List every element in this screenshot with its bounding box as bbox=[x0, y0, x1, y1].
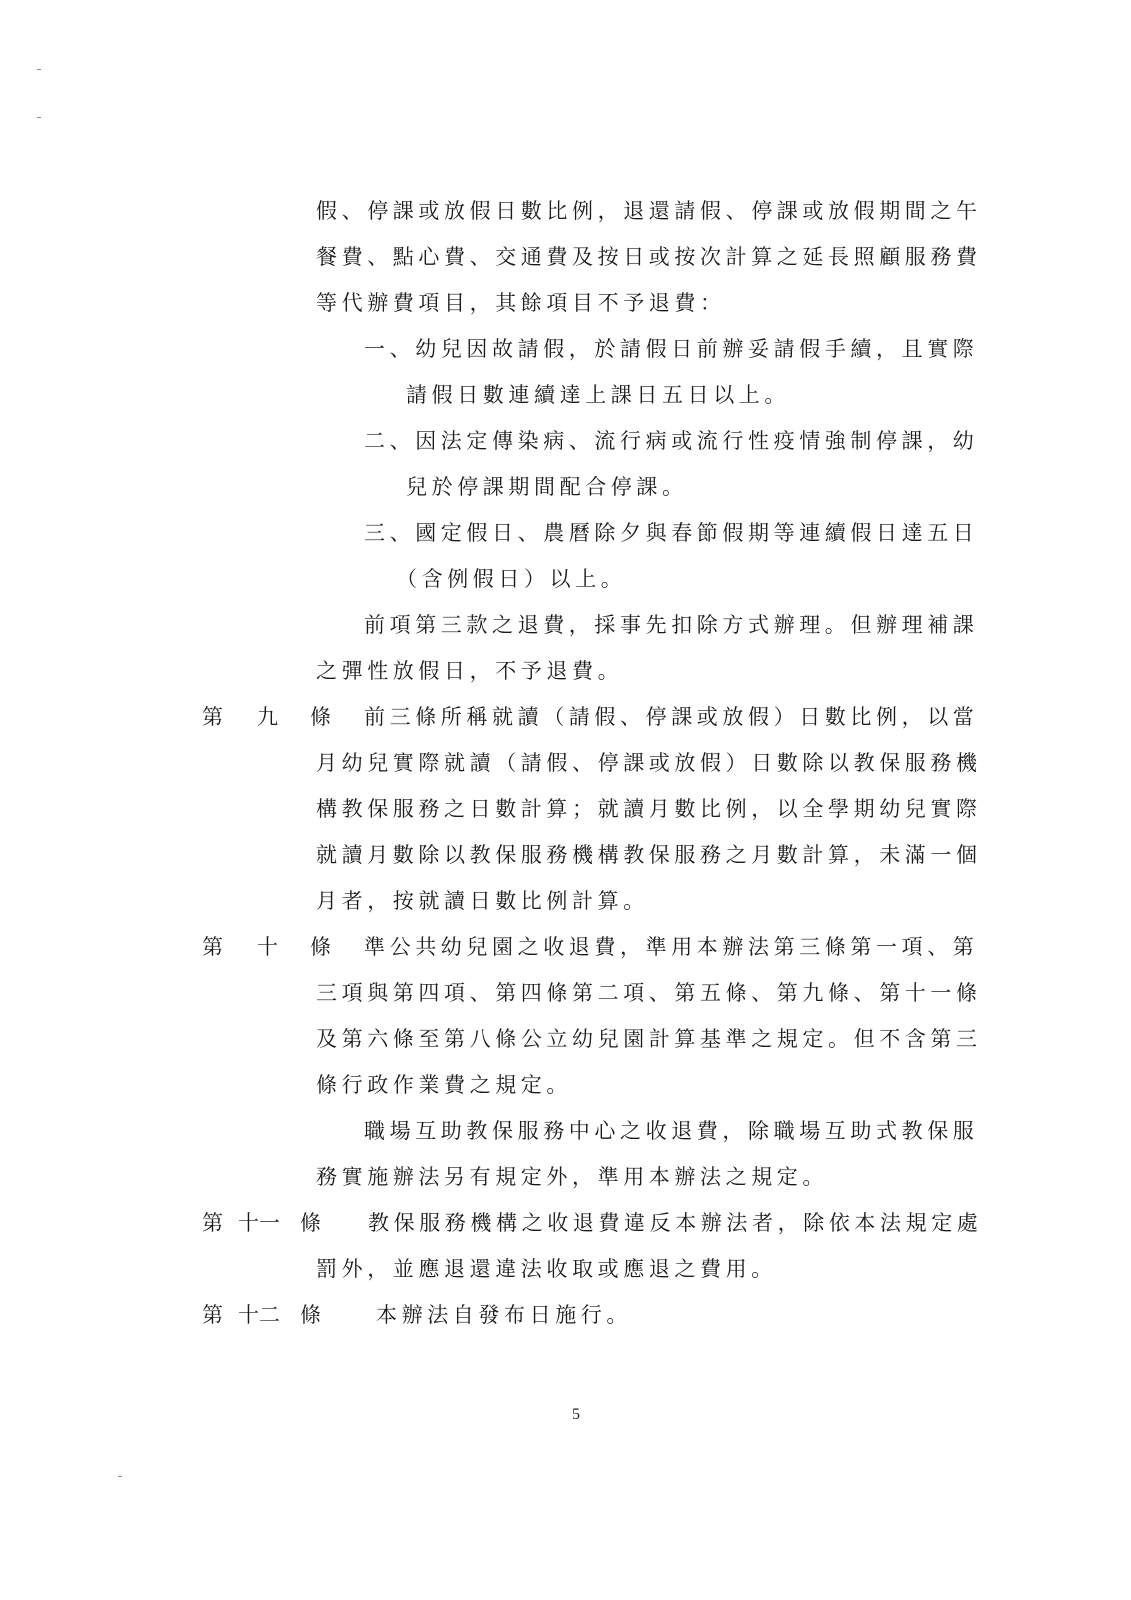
list-item-line: 三、國定假日、農曆除夕與春節假期等連續假日達五日 bbox=[364, 518, 978, 548]
list-item-line: 二、因法定傳染病、流行病或流行性疫情強制停課，幼 bbox=[364, 426, 978, 456]
body-line: 三項與第四項、第四條第二項、第五條、第九條、第十一條 bbox=[316, 978, 982, 1008]
body-line: 就讀月數除以教保服務機構教保服務之月數計算，未滿一個 bbox=[316, 840, 982, 870]
body-line: 教保服務機構之收退費違反本辦法者，除依本法規定處 bbox=[368, 1208, 982, 1238]
body-line: 假、停課或放假日數比例，退還請假、停課或放假期間之午 bbox=[316, 196, 982, 226]
list-item-line: 一、幼兒因故請假，於請假日前辦妥請假手續，且實際 bbox=[364, 334, 978, 364]
scan-speck bbox=[37, 117, 41, 118]
body-line: 等代辦費項目，其餘項目不予退費： bbox=[316, 288, 726, 318]
body-line: 條行政作業費之規定。 bbox=[316, 1070, 572, 1100]
body-line: 前項第三款之退費，採事先扣除方式辦理。但辦理補課 bbox=[364, 610, 978, 640]
scan-speck bbox=[37, 69, 41, 70]
body-line: 月者，按就讀日數比例計算。 bbox=[316, 886, 649, 916]
list-item-line: （含例假日）以上。 bbox=[396, 564, 626, 594]
body-line: 職場互助教保服務中心之收退費，除職場互助式教保服 bbox=[364, 1116, 978, 1146]
body-line: 本辦法自發布日施行。 bbox=[376, 1300, 632, 1330]
body-line: 餐費、點心費、交通費及按日或按次計算之延長照顧服務費 bbox=[316, 242, 982, 272]
body-line: 罰外，並應退還違法收取或應退之費用。 bbox=[316, 1254, 777, 1284]
body-line: 構教保服務之日數計算；就讀月數比例，以全學期幼兒實際 bbox=[316, 794, 982, 824]
body-line: 準公共幼兒園之收退費，準用本辦法第三條第一項、第 bbox=[364, 932, 978, 962]
body-line: 務實施辦法另有規定外，準用本辦法之規定。 bbox=[316, 1162, 828, 1192]
body-line: 前三條所稱就讀（請假、停課或放假）日數比例，以當 bbox=[364, 702, 978, 732]
page-number: 5 bbox=[572, 1406, 580, 1424]
list-item-line: 請假日數連續達上課日五日以上。 bbox=[406, 380, 790, 410]
list-item-line: 兒於停課期間配合停課。 bbox=[406, 472, 688, 502]
body-line: 月幼兒實際就讀（請假、停課或放假）日數除以教保服務機 bbox=[316, 748, 982, 778]
body-line: 之彈性放假日，不予退費。 bbox=[316, 656, 623, 686]
body-line: 及第六條至第八條公立幼兒園計算基準之規定。但不含第三 bbox=[316, 1024, 982, 1054]
scan-speck bbox=[118, 1476, 122, 1477]
